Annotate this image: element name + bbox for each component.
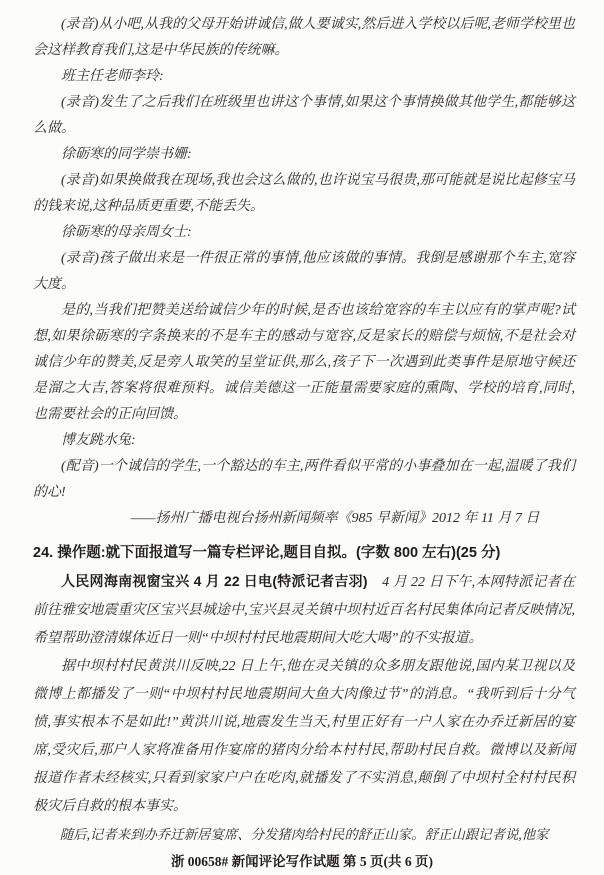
source-attribution: ——扬州广播电视台扬州新闻频率《985 早新闻》2012 年 11 月 7 日 bbox=[33, 506, 575, 532]
speaker-line: 班主任老师李玲: bbox=[33, 64, 575, 90]
page-footer: 浙 00658# 新闻评论写作试题 第 5 页(共 6 页) bbox=[0, 850, 604, 870]
question-24-section: 24. 操作题:就下面报道写一篇专栏评论,题目自拟。(字数 800 左右)(25… bbox=[33, 539, 575, 849]
exam-page: (录音)从小吧,从我的父母开始讲诚信,做人要诚实,然后进入学校以后呢,老师学校里… bbox=[0, 0, 604, 875]
transcript-section: (录音)从小吧,从我的父母开始讲诚信,做人要诚实,然后进入学校以后呢,老师学校里… bbox=[33, 12, 575, 532]
speaker-line: 徐砺寒的母亲周女士: bbox=[33, 220, 575, 246]
speaker-line: 徐砺寒的同学崇书姗: bbox=[33, 142, 575, 168]
news-paragraph-continued: 随后,记者来到办乔迁新居宴席、分发猪肉给村民的舒正山家。舒正山跟记者说,他家 bbox=[33, 821, 575, 849]
recording-paragraph: (录音)从小吧,从我的父母开始讲诚信,做人要诚实,然后进入学校以后呢,老师学校里… bbox=[33, 12, 575, 64]
recording-paragraph: (录音)孩子做出来是一件很正常的事情,他应该做的事情。我倒是感谢那个车主,宽容大… bbox=[33, 246, 575, 298]
news-lead-paragraph: 人民网海南视窗宝兴 4 月 22 日电(特派记者吉羽) 4 月 22 日下午,本… bbox=[33, 567, 575, 653]
recording-paragraph: (配音)一个诚信的学生,一个豁达的车主,两件看似平常的小事叠加在一起,温暖了我们… bbox=[33, 454, 575, 506]
recording-paragraph: (录音)如果换做我在现场,我也会这么做的,也许说宝马很贵,那可能就是说比起修宝马… bbox=[33, 168, 575, 220]
recording-paragraph: (录音)发生了之后我们在班级里也讲这个事情,如果这个事情换做其他学生,都能够这么… bbox=[33, 90, 575, 142]
commentary-paragraph: 是的,当我们把赞美送给诚信少年的时候,是否也该给宽容的车主以应有的掌声呢?试想,… bbox=[33, 298, 575, 428]
question-number: 24. bbox=[33, 545, 53, 561]
question-title: 24. 操作题:就下面报道写一篇专栏评论,题目自拟。(字数 800 左右)(25… bbox=[33, 539, 575, 567]
news-dateline: 人民网海南视窗宝兴 4 月 22 日电(特派记者吉羽) bbox=[61, 573, 368, 589]
question-title-text: 操作题:就下面报道写一篇专栏评论,题目自拟。(字数 800 左右)(25 分) bbox=[57, 545, 500, 561]
speaker-line: 博友跳水兔: bbox=[33, 428, 575, 454]
news-paragraph: 据中坝村村民黄洪川反映,22 日上午,他在灵关镇的众多朋友跟他说,国内某卫视以及… bbox=[33, 653, 575, 821]
